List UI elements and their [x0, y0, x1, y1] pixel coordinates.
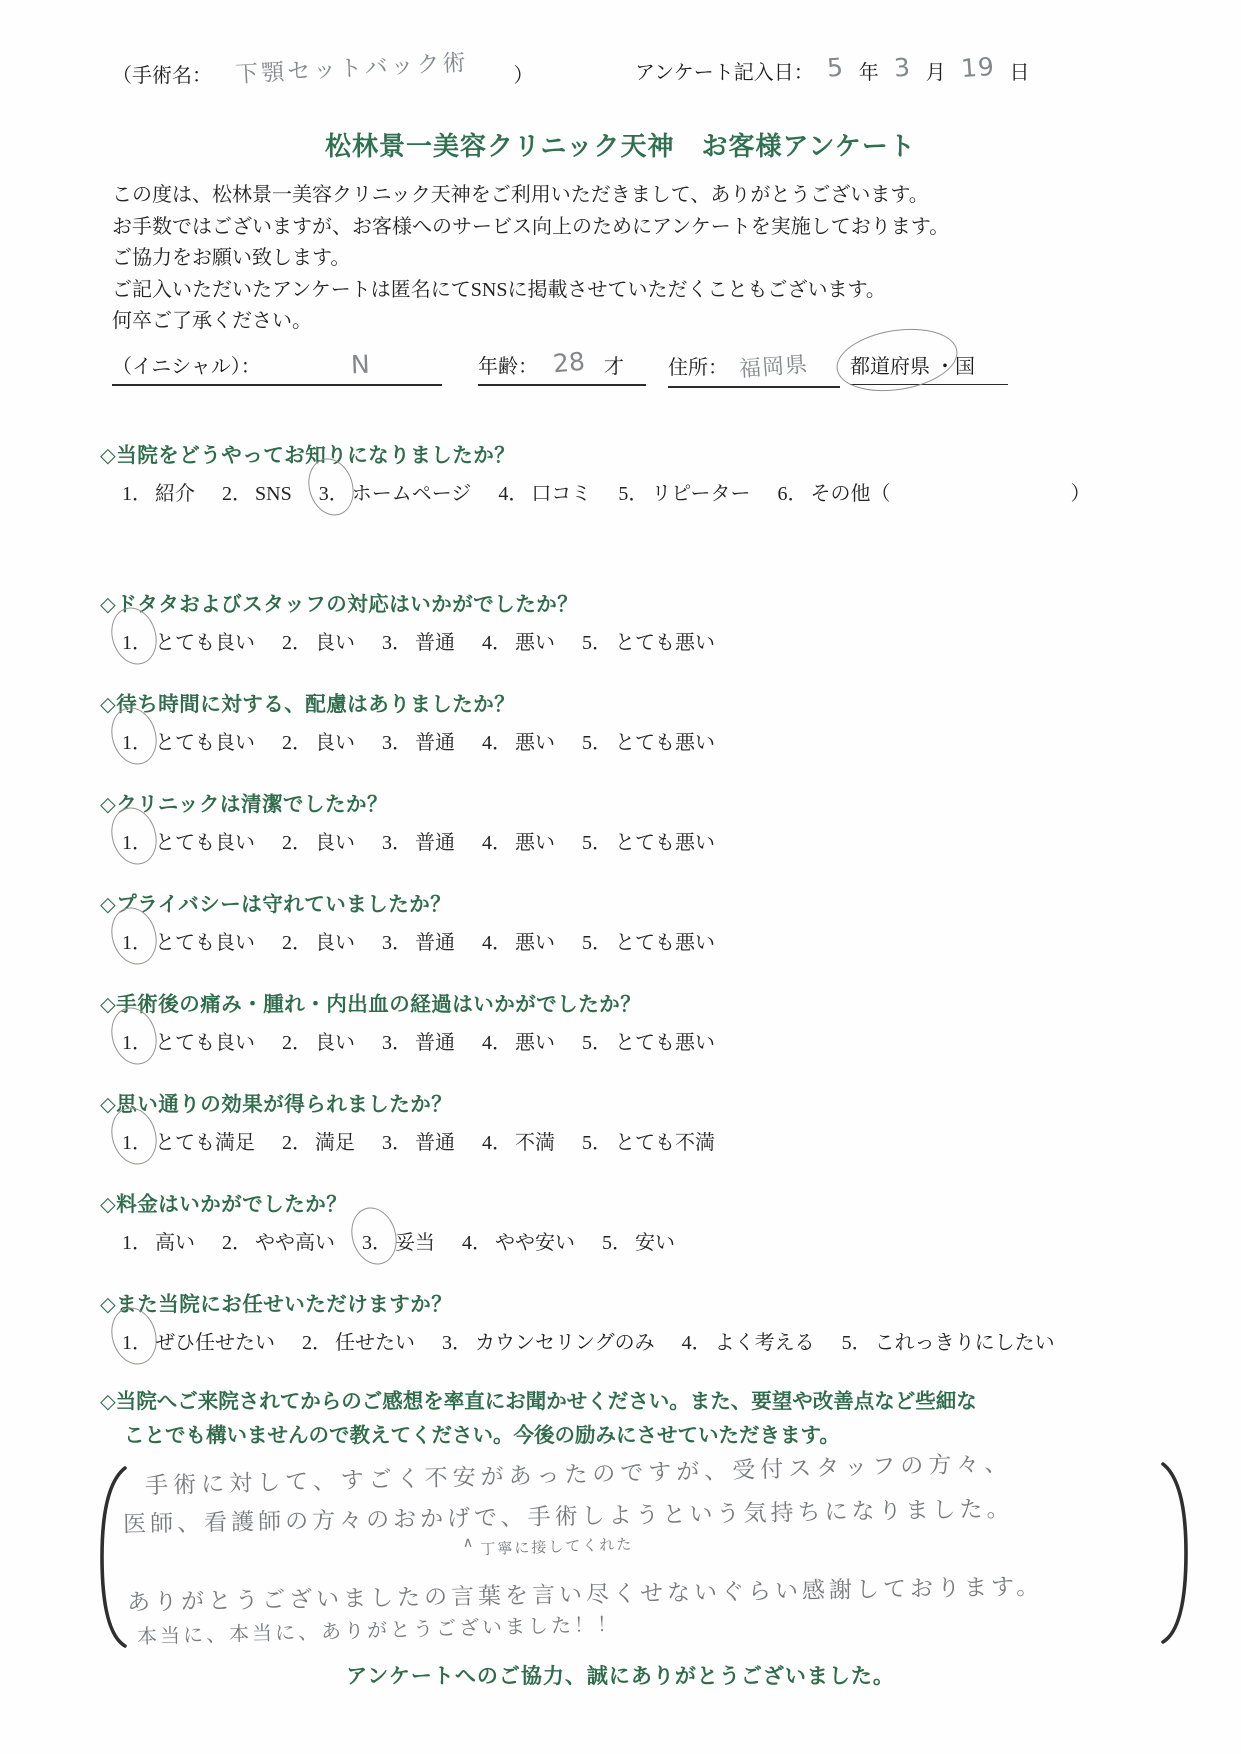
left-bracket-mark: [95, 1464, 131, 1650]
footer-thanks-note: アンケートへのご協力、誠にありがとうございました。: [0, 1660, 1241, 1690]
answer-option: 5．とても不満: [582, 1126, 715, 1155]
option-label: やや高い: [255, 1232, 335, 1254]
answer-option: 1．高い: [122, 1226, 195, 1255]
option-number: 4．: [498, 477, 528, 506]
region-circled-answer: 都道府県: [850, 350, 930, 379]
option-number: 2．: [222, 1226, 252, 1255]
answer-option: 2．満足: [282, 1126, 355, 1155]
initial-label: （イニシャル）：: [112, 356, 261, 378]
answer-option: 4．やや安い: [462, 1226, 575, 1255]
option-label: 任せたい: [335, 1332, 415, 1354]
option-label: 良い: [315, 832, 355, 854]
answer-option: 4．口コミ: [498, 477, 591, 506]
answer-option: 3．普通: [382, 726, 455, 755]
answer-option: 1．とても良い: [122, 826, 255, 855]
answer-option: 6．その他（ ）: [778, 477, 1091, 506]
circled-answer-mark: 1．: [122, 1026, 152, 1055]
option-number: 3．: [382, 726, 412, 755]
option-label: 良い: [315, 732, 355, 754]
option-label: とても悪い: [615, 1032, 715, 1054]
option-number: 6．: [778, 477, 808, 506]
handwritten-comment-block: ∧ 丁寧に接してくれた 手術に対して、すごく不安があったのですが、受付スタッフの…: [95, 1458, 1193, 1658]
questions-list: ◇当院をどうやってお知りになりましたか？1．紹介2．SNS3．ホームページ4．口…: [100, 438, 1205, 1387]
option-label: とても悪い: [615, 632, 715, 654]
survey-date-day-value: 19: [960, 52, 996, 83]
option-number: 1．: [122, 1226, 152, 1255]
option-label: 普通: [415, 1032, 455, 1054]
option-label: SNS: [255, 483, 292, 505]
answer-option: 4．悪い: [482, 1026, 555, 1055]
option-number: 5．: [582, 626, 612, 655]
option-label: 紹介: [155, 483, 195, 505]
circled-answer-mark: 3．: [362, 1226, 392, 1255]
answer-option: 2．良い: [282, 826, 355, 855]
option-number: 2．: [282, 626, 312, 655]
option-label: 妥当: [395, 1232, 435, 1254]
question-heading: ◇料金はいかがでしたか？: [100, 1187, 1205, 1217]
initial-handwritten-value: N: [350, 350, 370, 380]
option-number: 5．: [582, 926, 612, 955]
option-label: 悪い: [515, 732, 555, 754]
question-heading: ◇プライバシーは守れていましたか？: [100, 887, 1205, 917]
option-number: 2．: [302, 1326, 332, 1355]
question-block: ◇クリニックは清潔でしたか？1．とても良い2．良い3．普通4．悪い5．とても悪い: [100, 787, 1205, 887]
survey-date-label: アンケート記入日：: [635, 62, 814, 84]
option-number: 5．: [842, 1326, 872, 1355]
address-label: 住所：: [668, 357, 728, 379]
survey-date-field: アンケート記入日： 5 年 3 月 19 日: [635, 56, 1031, 85]
answer-option: 1．とても良い: [122, 726, 255, 755]
answer-option: 4．不満: [482, 1126, 555, 1155]
question-block: ◇当院をどうやってお知りになりましたか？1．紹介2．SNS3．ホームページ4．口…: [100, 438, 1205, 587]
circled-answer-mark: 1．: [122, 626, 152, 655]
survey-date-month-value: 3: [893, 52, 912, 82]
intro-line: この度は、松林景一美容クリニック天神をご利用いただきまして、ありがとうございます…: [112, 180, 949, 212]
question-options: 1．とても良い2．良い3．普通4．悪い5．とても悪い: [100, 926, 1205, 955]
option-label: とても悪い: [615, 732, 715, 754]
answer-option: 3．普通: [382, 1126, 455, 1155]
answer-option: 3．ホームページ: [319, 477, 472, 506]
survey-date-year-unit: 年: [859, 62, 879, 84]
question-block: ◇プライバシーは守れていましたか？1．とても良い2．良い3．普通4．悪い5．とて…: [100, 887, 1205, 987]
option-number: 2．: [282, 1026, 312, 1055]
insertion-caret-mark: ∧: [463, 1535, 474, 1551]
option-label: 高い: [155, 1232, 195, 1254]
option-label: やや安い: [495, 1232, 575, 1254]
address-field: 住所： 福岡県: [668, 350, 840, 388]
answer-option: 2．SNS: [222, 477, 292, 506]
question-block: ◇待ち時間に対する、配慮はありましたか？1．とても良い2．良い3．普通4．悪い5…: [100, 687, 1205, 787]
question-options: 1．とても満足2．満足3．普通4．不満5．とても不満: [100, 1126, 1205, 1155]
age-field: 年齢： 28 才: [478, 350, 646, 386]
question-heading: ◇待ち時間に対する、配慮はありましたか？: [100, 687, 1205, 717]
option-number: 3．: [382, 1026, 412, 1055]
question-heading: ◇思い通りの効果が得られましたか？: [100, 1087, 1205, 1117]
answer-option: 5．リピーター: [618, 477, 750, 506]
circled-answer-mark: 1．: [122, 1326, 152, 1355]
option-number: 2．: [282, 826, 312, 855]
surgery-name-label: （手術名：: [112, 65, 212, 87]
answer-option: 4．悪い: [482, 726, 555, 755]
option-number: 3．: [382, 626, 412, 655]
option-label: ホームページ: [352, 483, 472, 505]
option-label: とても悪い: [615, 932, 715, 954]
option-number: 3．: [442, 1326, 472, 1355]
option-label: 悪い: [515, 832, 555, 854]
option-number: 4．: [482, 626, 512, 655]
answer-option: 5．これっきりにしたい: [842, 1326, 1055, 1355]
circled-answer-mark: 3．: [319, 477, 349, 506]
answer-option: 1．紹介: [122, 477, 195, 506]
option-label: 良い: [315, 632, 355, 654]
surgery-name-handwritten-value: 下顎セットバック術: [234, 44, 469, 89]
question-heading: ◇クリニックは清潔でしたか？: [100, 787, 1205, 817]
option-label: とても良い: [155, 832, 255, 854]
option-label: その他（ ）: [811, 483, 1091, 505]
option-label: ぜひ任せたい: [155, 1332, 275, 1354]
circled-answer-mark: 1．: [122, 726, 152, 755]
intro-line: お手数ではございますが、お客様へのサービス向上のためにアンケートを実施しておりま…: [112, 212, 949, 244]
answer-option: 2．良い: [282, 1026, 355, 1055]
option-label: 普通: [415, 932, 455, 954]
region-selector-field: 都道府県 ・国: [850, 350, 1008, 385]
answer-option: 3．カウンセリングのみ: [442, 1326, 655, 1355]
question-options: 1．高い2．やや高い3．妥当4．やや安い5．安い: [100, 1226, 1205, 1255]
initial-field: （イニシャル）： N: [112, 350, 442, 386]
question-heading: ◇また当院にお任せいただけますか？: [100, 1287, 1205, 1317]
intro-line: ご記入いただいたアンケートは匿名にてSNSに掲載させていただくこともございます。: [112, 275, 949, 307]
survey-date-day-unit: 日: [1009, 62, 1029, 84]
option-label: カウンセリングのみ: [475, 1332, 655, 1354]
option-number: 2．: [282, 726, 312, 755]
question-options: 1．とても良い2．良い3．普通4．悪い5．とても悪い: [100, 626, 1205, 655]
option-number: 4．: [482, 1126, 512, 1155]
option-number: 4．: [482, 926, 512, 955]
answer-option: 5．とても悪い: [582, 726, 715, 755]
header-row: （手術名： 下顎セットバック術 ） アンケート記入日： 5 年 3 月 19 日: [112, 56, 1191, 89]
option-number: 5．: [582, 826, 612, 855]
option-label: 悪い: [515, 632, 555, 654]
answer-option: 2．良い: [282, 926, 355, 955]
option-label: 良い: [315, 1032, 355, 1054]
survey-date-year-value: 5: [826, 52, 845, 82]
answer-option: 1．とても良い: [122, 626, 255, 655]
circled-answer-mark: 1．: [122, 826, 152, 855]
answer-option: 3．普通: [382, 926, 455, 955]
option-number: 5．: [582, 726, 612, 755]
question-options: 1．ぜひ任せたい2．任せたい3．カウンセリングのみ4．よく考える5．これっきりに…: [100, 1326, 1205, 1355]
circled-answer-mark: 1．: [122, 926, 152, 955]
option-label: 良い: [315, 932, 355, 954]
option-label: 安い: [635, 1232, 675, 1254]
question-heading: ◇手術後の痛み・腫れ・内出血の経過はいかがでしたか？: [100, 987, 1205, 1017]
question-heading: ◇ドタタおよびスタッフの対応はいかがでしたか？: [100, 587, 1205, 617]
age-handwritten-value: 28: [552, 347, 586, 379]
surgery-name-close-paren: ）: [514, 65, 534, 87]
option-label: 普通: [415, 732, 455, 754]
option-label: よく考える: [715, 1332, 815, 1354]
question-options: 1．とても良い2．良い3．普通4．悪い5．とても悪い: [100, 826, 1205, 855]
answer-option: 5．とても悪い: [582, 826, 715, 855]
answer-option: 4．悪い: [482, 626, 555, 655]
option-label: 悪い: [515, 932, 555, 954]
answer-option: 4．悪い: [482, 926, 555, 955]
answer-option: 1．とても良い: [122, 926, 255, 955]
option-label: これっきりにしたい: [875, 1332, 1055, 1354]
option-number: 3．: [382, 926, 412, 955]
scanned-survey-page: （手術名： 下顎セットバック術 ） アンケート記入日： 5 年 3 月 19 日…: [0, 0, 1241, 1754]
answer-option: 3．普通: [382, 1026, 455, 1055]
handwritten-comment-line: 医師、看護師の方々のおかげで、手術しようという気持ちになりました。: [123, 1490, 1014, 1539]
region-rest-label: ・国: [935, 356, 975, 378]
answer-option: 5．とても悪い: [582, 626, 715, 655]
option-label: 満足: [315, 1132, 355, 1154]
option-label: 普通: [415, 632, 455, 654]
option-label: とても良い: [155, 732, 255, 754]
question-block: ◇また当院にお任せいただけますか？1．ぜひ任せたい2．任せたい3．カウンセリング…: [100, 1287, 1205, 1387]
option-number: 5．: [582, 1126, 612, 1155]
option-number: 4．: [482, 1026, 512, 1055]
answer-option: 2．やや高い: [222, 1226, 335, 1255]
right-bracket-mark: [1157, 1460, 1193, 1646]
option-label: とても不満: [615, 1132, 715, 1154]
option-label: 普通: [415, 832, 455, 854]
option-number: 5．: [602, 1226, 632, 1255]
free-comment-question-line2: ことでも構いませんので教えてください。今後の励みにさせていただきます。: [124, 1419, 977, 1453]
comment-insertion: ∧ 丁寧に接してくれた: [463, 1533, 634, 1560]
address-handwritten-value: 福岡県: [738, 348, 809, 384]
surgery-name-field: （手術名： 下顎セットバック術 ）: [112, 56, 534, 89]
answer-option: 2．良い: [282, 626, 355, 655]
question-options: 1．とても良い2．良い3．普通4．悪い5．とても悪い: [100, 726, 1205, 755]
answer-option: 5．とても悪い: [582, 926, 715, 955]
option-number: 2．: [282, 1126, 312, 1155]
answer-option: 1．ぜひ任せたい: [122, 1326, 275, 1355]
question-block: ◇ドタタおよびスタッフの対応はいかがでしたか？1．とても良い2．良い3．普通4．…: [100, 587, 1205, 687]
option-label: とても良い: [155, 932, 255, 954]
answer-option: 4．悪い: [482, 826, 555, 855]
intro-paragraph: この度は、松林景一美容クリニック天神をご利用いただきまして、ありがとうございます…: [112, 180, 949, 338]
option-number: 4．: [482, 726, 512, 755]
option-label: 不満: [515, 1132, 555, 1154]
intro-line: 何卒ご了承ください。: [112, 306, 949, 338]
option-number: 2．: [222, 477, 252, 506]
option-number: 3．: [382, 1126, 412, 1155]
answer-option: 5．とても悪い: [582, 1026, 715, 1055]
option-number: 5．: [618, 477, 648, 506]
question-options: 1．とても良い2．良い3．普通4．悪い5．とても悪い: [100, 1026, 1205, 1055]
question-block: ◇手術後の痛み・腫れ・内出血の経過はいかがでしたか？1．とても良い2．良い3．普…: [100, 987, 1205, 1087]
answer-option: 3．普通: [382, 626, 455, 655]
free-comment-question-line1: ◇当院へご来院されてからのご感想を率直にお聞かせください。また、要望や改善点など…: [100, 1385, 977, 1419]
answer-option: 4．よく考える: [682, 1326, 815, 1355]
option-number: 4．: [482, 826, 512, 855]
option-number: 3．: [382, 826, 412, 855]
option-label: 普通: [415, 1132, 455, 1154]
page-title: 松林景一美容クリニック天神 お客様アンケート: [0, 126, 1241, 163]
intro-line: ご協力をお願い致します。: [112, 243, 949, 275]
answer-option: 3．妥当: [362, 1226, 435, 1255]
question-block: ◇料金はいかがでしたか？1．高い2．やや高い3．妥当4．やや安い5．安い: [100, 1187, 1205, 1287]
answer-option: 2．任せたい: [302, 1326, 415, 1355]
option-label: 口コミ: [531, 483, 591, 505]
option-label: とても良い: [155, 1032, 255, 1054]
answer-option: 1．とても良い: [122, 1026, 255, 1055]
insertion-text: 丁寧に接してくれた: [480, 1535, 634, 1558]
question-heading: ◇当院をどうやってお知りになりましたか？: [100, 438, 1205, 468]
option-number: 1．: [122, 477, 152, 506]
option-number: 5．: [582, 1026, 612, 1055]
option-number: 4．: [682, 1326, 712, 1355]
circled-answer-mark: 1．: [122, 1126, 152, 1155]
option-label: とても悪い: [615, 832, 715, 854]
question-options: 1．紹介2．SNS3．ホームページ4．口コミ5．リピーター6．その他（ ）: [100, 477, 1205, 506]
option-number: 4．: [462, 1226, 492, 1255]
option-label: とても良い: [155, 632, 255, 654]
answer-option: 1．とても満足: [122, 1126, 255, 1155]
age-unit: 才: [604, 356, 624, 378]
option-label: とても満足: [155, 1132, 255, 1154]
answer-option: 5．安い: [602, 1226, 675, 1255]
option-number: 2．: [282, 926, 312, 955]
free-comment-question: ◇当院へご来院されてからのご感想を率直にお聞かせください。また、要望や改善点など…: [100, 1385, 977, 1453]
answer-option: 3．普通: [382, 826, 455, 855]
age-label: 年齢：: [478, 356, 538, 378]
option-label: リピーター: [651, 483, 750, 505]
option-label: 悪い: [515, 1032, 555, 1054]
question-block: ◇思い通りの効果が得られましたか？1．とても満足2．満足3．普通4．不満5．とて…: [100, 1087, 1205, 1187]
answer-option: 2．良い: [282, 726, 355, 755]
survey-date-month-unit: 月: [926, 62, 946, 84]
